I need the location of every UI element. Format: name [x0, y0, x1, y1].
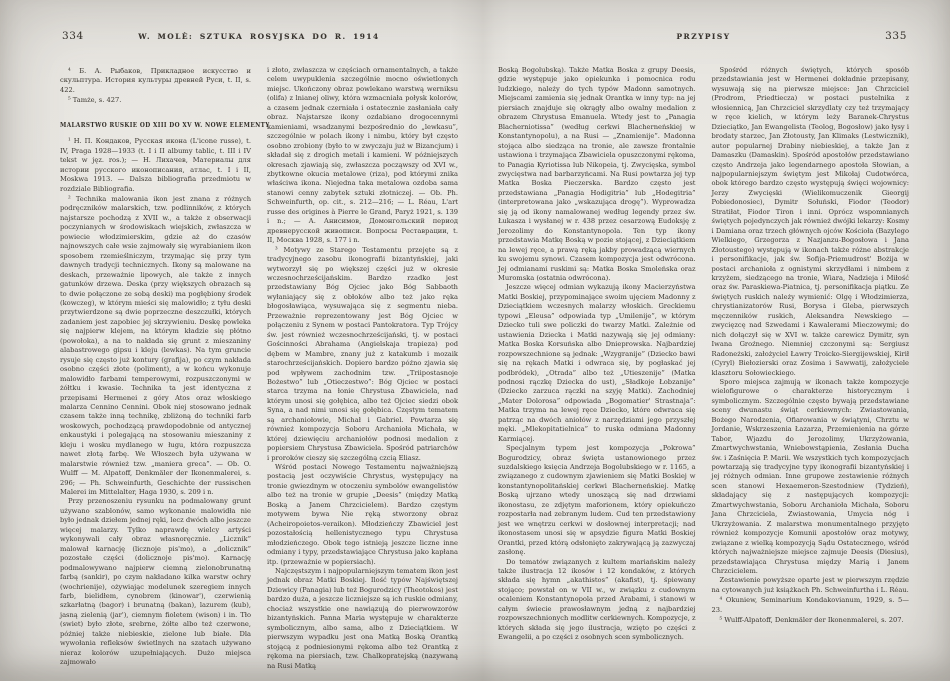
page-335: PRZYPISY 335 Boską Bogolubską). Także Ma…	[498, 30, 909, 643]
page-334-header: 334 W. MOLÈ: SZTUKA ROSYJSKA DO R. 1914	[60, 30, 458, 45]
paragraph: i złoto, zwłaszcza w częściach ornamenta…	[267, 66, 458, 246]
paragraph: Do tematów związanych z kultem mariański…	[498, 558, 696, 643]
page-number: 335	[885, 30, 907, 42]
footnote: ¹ Н. П. Кондаков, Русская икона (L'icone…	[60, 137, 251, 194]
footnote: ⁵ Tamże, s. 427.	[60, 96, 251, 105]
paragraph: Zestawienie powyższe oparte jest w pierw…	[712, 576, 910, 595]
paragraph: Wśród postaci Nowego Testamentu najważni…	[267, 463, 458, 567]
column-2: Spośród różnych świętych, których sposób…	[712, 66, 910, 626]
page-335-columns: Boską Bogolubską). Także Matka Boska z g…	[498, 66, 909, 643]
book-scan: 334 W. MOLÈ: SZTUKA ROSYJSKA DO R. 1914 …	[0, 0, 950, 681]
paragraph: Jeszcze więcej odmian wykazują ikony Mac…	[498, 283, 696, 444]
page-335-header: PRZYPISY 335	[498, 30, 909, 45]
page-334: 334 W. MOLÈ: SZTUKA ROSYJSKA DO R. 1914 …	[60, 30, 458, 671]
paragraph: Specjalnym typem jest kompozycja „Pokrow…	[498, 444, 696, 557]
page-334-columns: ⁴ Б. А. Рыбаков, Прикладное искусство и …	[60, 66, 458, 671]
paragraph: Boską Bogolubską). Także Matka Boska z g…	[498, 66, 696, 283]
running-title: W. MOLÈ: SZTUKA ROSYJSKA DO R. 1914	[60, 32, 458, 41]
footnote: ⁵ Wulff-Alpatoff, Denkmäler der Ikonenma…	[712, 616, 910, 625]
footnote: ³ Motywy ze Starego Testamentu przejęte …	[267, 246, 458, 463]
paragraph: Spośród różnych świętych, których sposób…	[712, 66, 910, 378]
column-1: ⁴ Б. А. Рыбаков, Прикладное искусство и …	[60, 66, 251, 668]
footnote: ⁴ Б. А. Рыбаков, Прикладное искусство и …	[60, 67, 251, 95]
running-title: PRZYPISY	[498, 32, 909, 41]
section-heading: MALARSTWO RUSKIE OD XIII DO XV W. NOWE E…	[60, 121, 227, 130]
footnote: ² Technika malowania ikon jest znana z r…	[60, 195, 251, 498]
column-2: i złoto, zwłaszcza w częściach ornamenta…	[267, 66, 458, 671]
column-1: Boską Bogolubską). Także Matka Boska z g…	[498, 66, 696, 643]
spacer	[60, 106, 251, 121]
paragraph: Przy przenoszeniu rysunku na podmalowany…	[60, 497, 251, 667]
paragraph: Najczęstszym i najpopularniejszym temate…	[267, 567, 458, 671]
paragraph: Sporo miejsca zajmują w ikonach także ko…	[712, 378, 910, 577]
footnote: ⁴ Okuniew, Seminarium Kondakovianum, 192…	[712, 596, 910, 615]
